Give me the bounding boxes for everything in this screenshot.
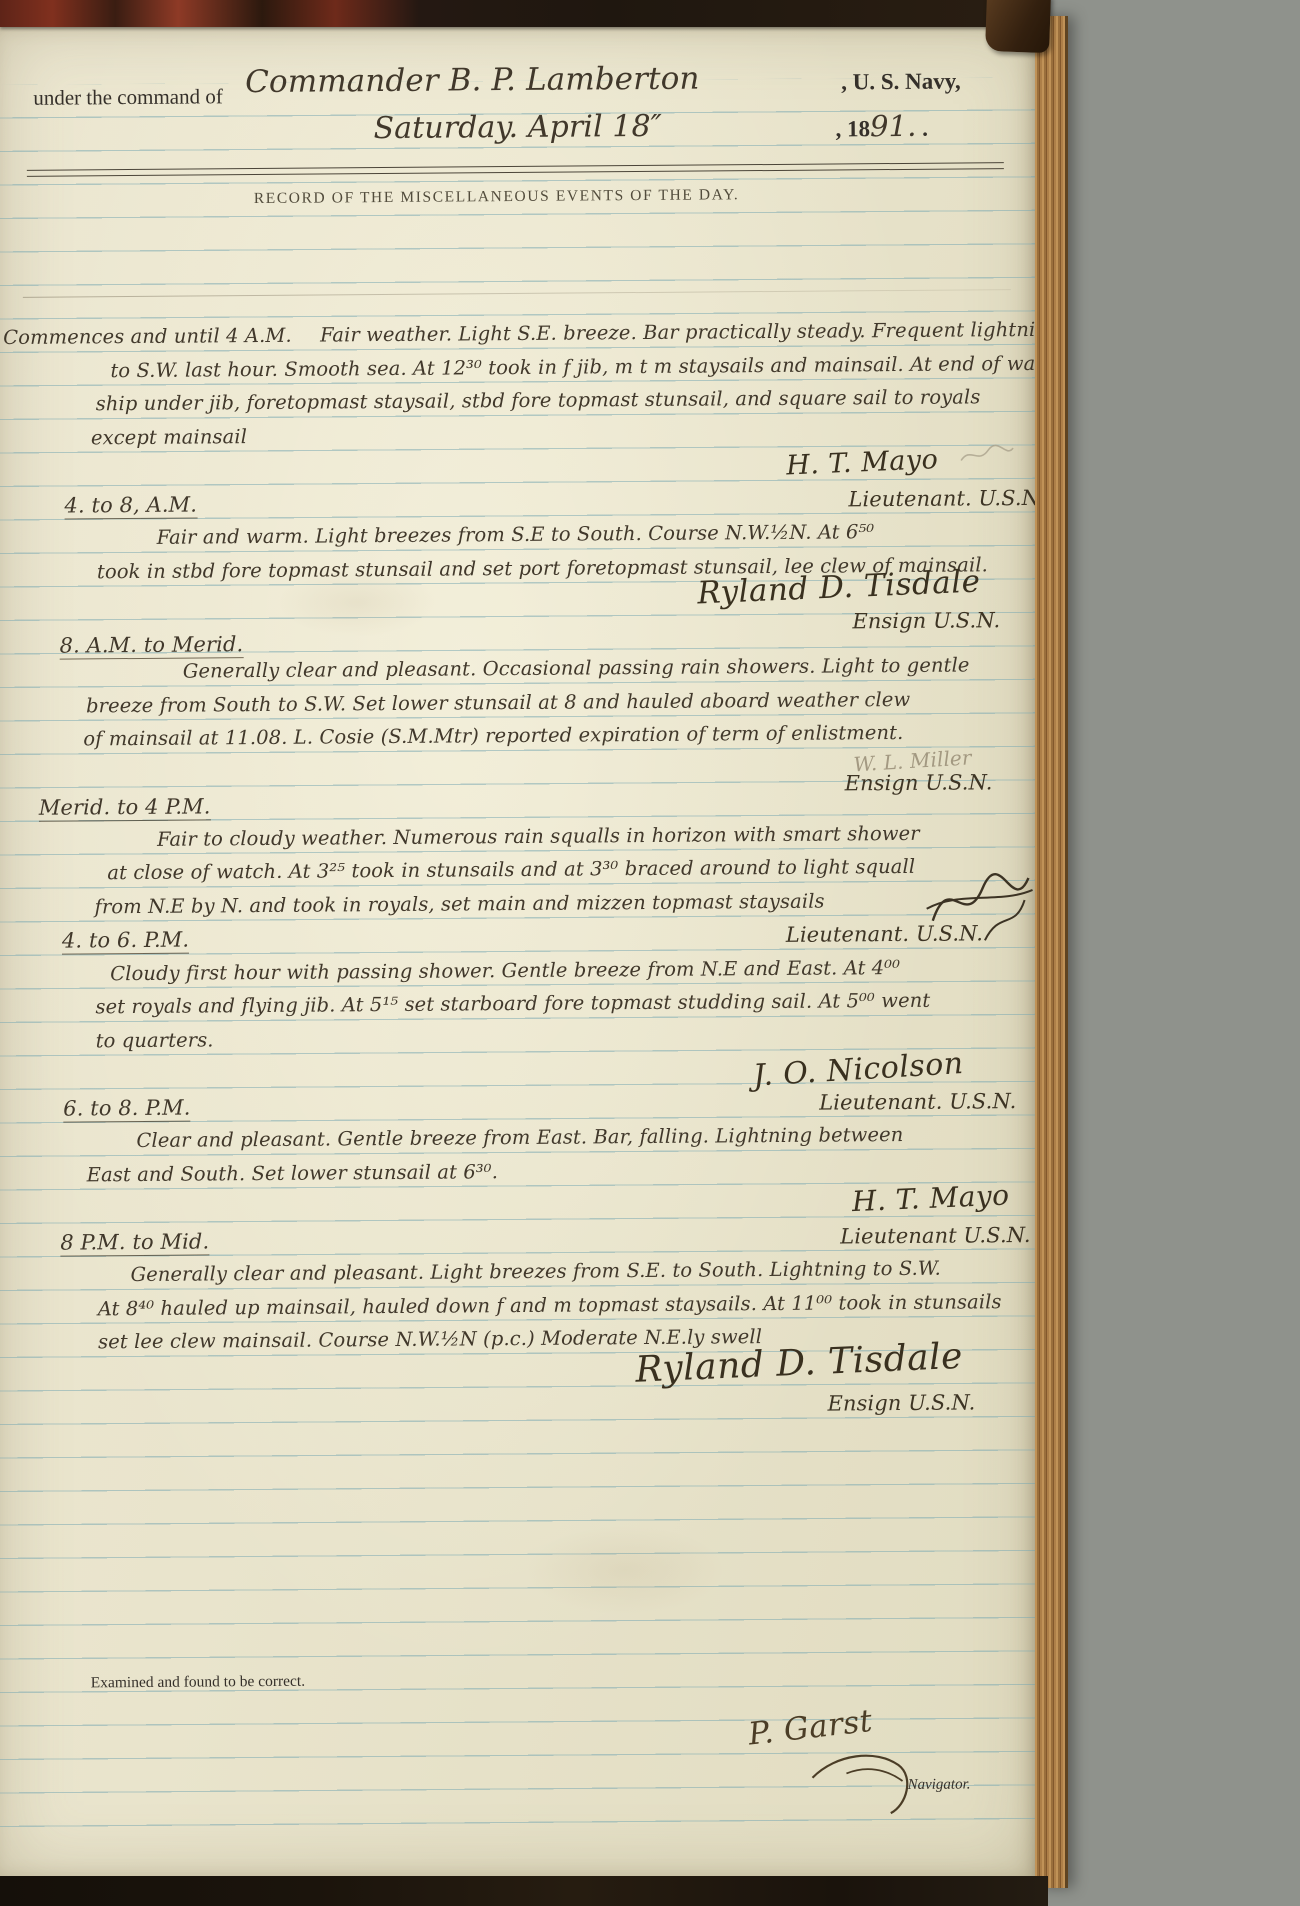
watch-officer-signature: H. T. Mayo bbox=[851, 1178, 1010, 1218]
book-bottom-edge bbox=[0, 1876, 1048, 1906]
book-top-edge-marbled bbox=[0, 0, 1048, 27]
navigator-label: Navigator. bbox=[907, 1776, 970, 1793]
watch-officer-signature: H. T. Mayo bbox=[786, 444, 939, 481]
officer-rank: Lieutenant. U.S.N. bbox=[786, 921, 983, 947]
binding-corner bbox=[985, 0, 1051, 53]
officer-rank: Ensign U.S.N. bbox=[852, 608, 1000, 633]
year-suffix: . bbox=[916, 116, 928, 141]
navy-label: , U. S. Navy, bbox=[841, 69, 961, 96]
log-line: to quarters. bbox=[96, 1028, 214, 1052]
officer-rank: Lieutenant U.S.N. bbox=[840, 1223, 1031, 1248]
log-date: Saturday. April 18″ bbox=[373, 109, 662, 146]
officer-rank: Ensign U.S.N. bbox=[827, 1390, 975, 1415]
officer-rank: Lieutenant. U.S.N. bbox=[819, 1089, 1016, 1115]
examined-label: Examined and found to be correct. bbox=[91, 1673, 305, 1693]
logbook-page: under the command of Commander B. P. Lam… bbox=[0, 26, 1037, 1878]
log-line: except mainsail bbox=[91, 425, 247, 449]
command-label: under the command of bbox=[33, 84, 223, 110]
officer-rank: Ensign U.S.N. bbox=[845, 770, 993, 795]
year-printed-prefix: , 18 bbox=[835, 116, 870, 141]
officer-rank: Lieutenant. U.S.N. bbox=[848, 486, 1045, 512]
page-stack-edge bbox=[1035, 16, 1068, 1888]
log-entry-heading: Merid. to 4 P.M. bbox=[39, 794, 211, 821]
pencil-scribble bbox=[958, 442, 1016, 468]
log-entry-heading: 8 P.M. to Mid. bbox=[60, 1229, 209, 1256]
log-entry-heading: Commences and until 4 A.M. bbox=[3, 324, 292, 349]
log-line: East and South. Set lower stunsail at 6³… bbox=[87, 1160, 498, 1186]
log-entry-heading: 6. to 8. P.M. bbox=[63, 1096, 190, 1123]
commander-signature: Commander B. P. Lamberton bbox=[245, 61, 700, 101]
year-group: , 1891. . bbox=[835, 109, 928, 144]
logbook-scan: under the command of Commander B. P. Lam… bbox=[0, 0, 1300, 1906]
log-entry-heading: 4. to 6. P.M. bbox=[62, 928, 189, 955]
year-handwritten: 91. bbox=[870, 109, 917, 143]
log-entry-heading: 4. to 8, A.M. bbox=[64, 493, 197, 520]
log-entry-heading: 8. A.M. to Merid. bbox=[59, 632, 243, 659]
